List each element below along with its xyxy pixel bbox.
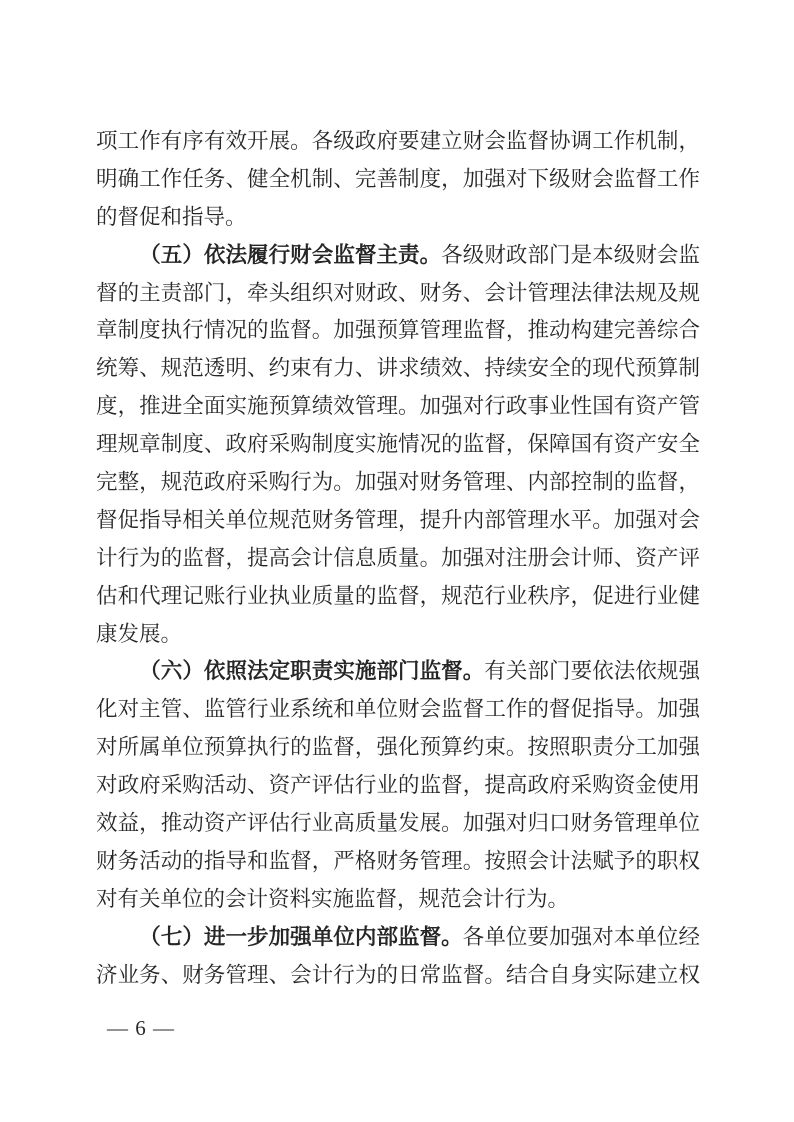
- text-line: 项工作有序有效开展。各级政府要建立财会监督协调工作机制，: [96, 123, 700, 161]
- paragraph-heading: （七）进一步加强单位内部监督。: [139, 925, 463, 949]
- text-line: 明确工作任务、健全机制、完善制度，加强对下级财会监督工作: [96, 161, 700, 199]
- text-line: （七）进一步加强单位内部监督。各单位要加强对本单位经: [96, 919, 700, 957]
- text-line: （五）依法履行财会监督主责。各级财政部门是本级财会监: [96, 237, 700, 275]
- text-line: 章制度执行情况的监督。加强预算管理监督，推动构建完善综合: [96, 312, 700, 350]
- text-block: 项工作有序有效开展。各级政府要建立财会监督协调工作机制，明确工作任务、健全机制、…: [96, 123, 700, 994]
- text-line: 化对主管、监管行业系统和单位财会监督工作的督促指导。加强: [96, 691, 700, 729]
- text-line: 统筹、规范透明、约束有力、讲求绩效、持续安全的现代预算制: [96, 350, 700, 388]
- paragraph: （七）进一步加强单位内部监督。各单位要加强对本单位经济业务、财务管理、会计行为的…: [96, 919, 700, 995]
- text-line: 度，推进全面实施预算绩效管理。加强对行政事业性国有资产管: [96, 388, 700, 426]
- text-line: 对所属单位预算执行的监督，强化预算约束。按照职责分工加强: [96, 729, 700, 767]
- paragraph: 项工作有序有效开展。各级政府要建立财会监督协调工作机制，明确工作任务、健全机制、…: [96, 123, 700, 237]
- text-line: 督的主责部门，牵头组织对财政、财务、会计管理法律法规及规: [96, 275, 700, 313]
- text-line: 督促指导相关单位规范财务管理，提升内部管理水平。加强对会: [96, 502, 700, 540]
- document-page: 项工作有序有效开展。各级政府要建立财会监督协调工作机制，明确工作任务、健全机制、…: [0, 0, 794, 1122]
- paragraph: （六）依照法定职责实施部门监督。有关部门要依法依规强化对主管、监管行业系统和单位…: [96, 653, 700, 918]
- text-line: 效益，推动资产评估行业高质量发展。加强对归口财务管理单位: [96, 805, 700, 843]
- text-line: 计行为的监督，提高会计信息质量。加强对注册会计师、资产评: [96, 540, 700, 578]
- text-line: 理规章制度、政府采购制度实施情况的监督，保障国有资产安全: [96, 426, 700, 464]
- text-line: 对有关单位的会计资料实施监督，规范会计行为。: [96, 881, 700, 919]
- text-line: 完整，规范政府采购行为。加强对财务管理、内部控制的监督，: [96, 464, 700, 502]
- page-number: — 6 —: [107, 1013, 175, 1043]
- text-line: （六）依照法定职责实施部门监督。有关部门要依法依规强: [96, 653, 700, 691]
- paragraph-heading: （六）依照法定职责实施部门监督。: [139, 659, 484, 683]
- text-line: 对政府采购活动、资产评估行业的监督，提高政府采购资金使用: [96, 767, 700, 805]
- text-line: 财务活动的指导和监督，严格财务管理。按照会计法赋予的职权: [96, 843, 700, 881]
- text-line: 的督促和指导。: [96, 199, 700, 237]
- text-line: 济业务、财务管理、会计行为的日常监督。结合自身实际建立权: [96, 957, 700, 995]
- paragraph-heading: （五）依法履行财会监督主责。: [139, 243, 441, 267]
- paragraph: （五）依法履行财会监督主责。各级财政部门是本级财会监督的主责部门，牵头组织对财政…: [96, 237, 700, 654]
- text-line: 估和代理记账行业执业质量的监督，规范行业秩序，促进行业健: [96, 578, 700, 616]
- text-line: 康发展。: [96, 616, 700, 654]
